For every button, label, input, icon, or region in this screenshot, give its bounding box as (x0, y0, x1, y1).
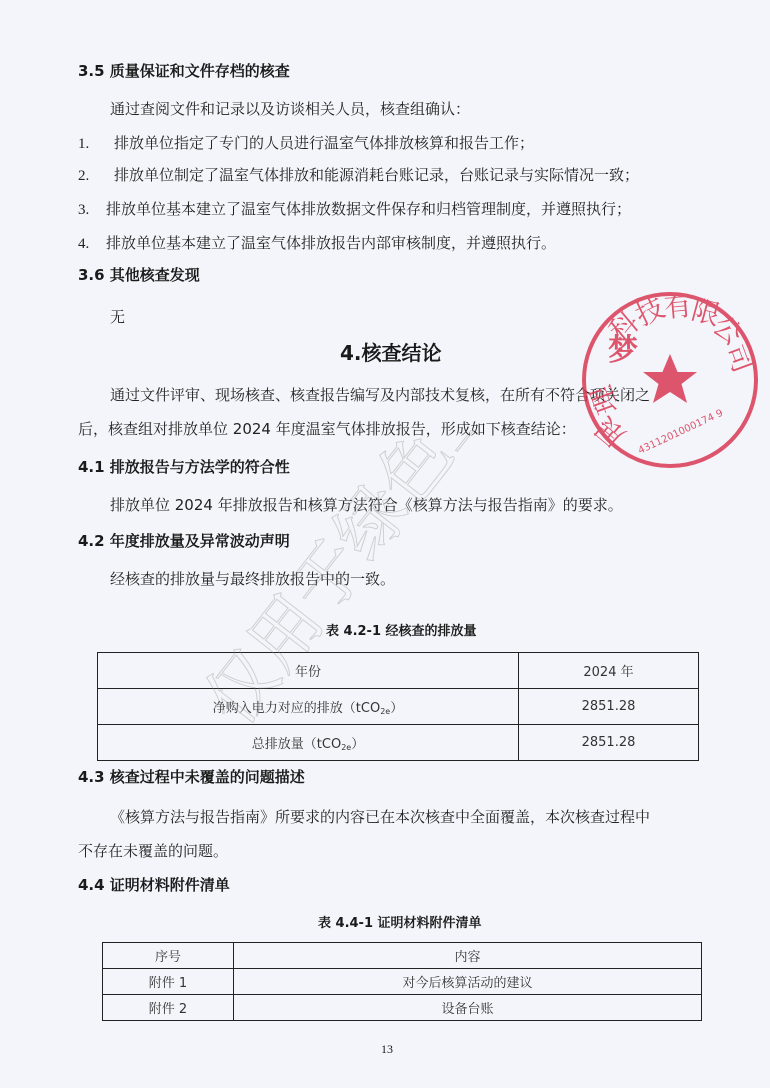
table-header-row: 年份 2024 年 (98, 653, 699, 689)
table-row: 净购入电力对应的排放（tCO2e） 2851.28 (98, 689, 699, 725)
company-seal-stamp: 梦 科 技 有 限 公 司 理 展 4311201000174 9 (555, 288, 760, 468)
table-header-row: 序号 内容 (103, 943, 702, 969)
emissions-table: 年份 2024 年 净购入电力对应的排放（tCO2e） 2851.28 总排放量… (97, 652, 699, 761)
section-heading-4-1: 4.1 排放报告与方法学的符合性 (78, 456, 290, 477)
table-cell-value: 2851.28 (519, 725, 699, 761)
table-header-cell: 2024 年 (519, 653, 699, 689)
section-heading-3-6: 3.6 其他核查发现 (78, 264, 200, 285)
chapter-heading-4: 4.核查结论 (340, 337, 442, 366)
table-cell-content: 设备台账 (234, 995, 702, 1021)
table-header-cell: 序号 (103, 943, 234, 969)
list-item: 2.排放单位制定了温室气体排放和能源消耗台账记录，台账记录与实际情况一致； (78, 164, 639, 185)
table-cell-value: 2851.28 (519, 689, 699, 725)
svg-text:有: 有 (663, 289, 694, 324)
section-4-1-body: 排放单位 2024 年排放报告和核算方法符合《核算方法与报告指南》的要求。 (110, 494, 623, 515)
table-row: 附件 1 对今后核算活动的建议 (103, 969, 702, 995)
svg-text:展: 展 (589, 410, 632, 453)
table-cell-label: 总排放量（tCO2e） (98, 725, 519, 761)
table-cell-no: 附件 1 (103, 969, 234, 995)
section-3-6-body: 无 (110, 306, 125, 327)
table-cell-content: 对今后核算活动的建议 (234, 969, 702, 995)
table-caption-4-2-1: 表 4.2-1 经核查的排放量 (326, 620, 477, 639)
list-item-number: 4. (78, 236, 106, 253)
section-4-3-line2: 不存在未覆盖的问题。 (78, 840, 228, 861)
section-4-3-line1: 《核算方法与报告指南》所要求的内容已在本次核查中全面覆盖，本次核查过程中 (110, 806, 650, 827)
section-4-2-body: 经核查的排放量与最终排放报告中的一致。 (110, 568, 395, 589)
section-heading-4-2: 4.2 年度排放量及异常波动声明 (78, 530, 290, 551)
table-caption-4-4-1: 表 4.4-1 证明材料附件清单 (318, 912, 482, 931)
table-row: 附件 2 设备台账 (103, 995, 702, 1021)
list-item: 1.排放单位指定了专门的人员进行温室气体排放核算和报告工作； (78, 132, 534, 153)
list-item-text: 排放单位基本建立了温室气体排放报告内部审核制度，并遵照执行。 (106, 234, 556, 252)
svg-text:科: 科 (603, 305, 646, 348)
svg-text:技: 技 (630, 291, 669, 333)
section-heading-3-5: 3.5 质量保证和文件存档的核查 (78, 60, 290, 81)
list-item-number: 3. (78, 202, 106, 219)
list-item: 3.排放单位基本建立了温室气体排放数据文件保存和归档管理制度，并遵照执行； (78, 198, 631, 219)
section-heading-4-3: 4.3 核查过程中未覆盖的问题描述 (78, 766, 305, 787)
table-cell-label: 净购入电力对应的排放（tCO2e） (98, 689, 519, 725)
list-item-text: 排放单位基本建立了温室气体排放数据文件保存和归档管理制度，并遵照执行； (106, 200, 631, 218)
table-cell-no: 附件 2 (103, 995, 234, 1021)
table-row: 总排放量（tCO2e） 2851.28 (98, 725, 699, 761)
section-3-5-intro: 通过查阅文件和记录以及访谈相关人员，核查组确认： (110, 98, 470, 119)
page-number: 13 (381, 1042, 393, 1057)
table-header-cell: 年份 (98, 653, 519, 689)
chapter-4-para-line2: 后，核查组对排放单位 2024 年度温室气体排放报告，形成如下核查结论： (78, 418, 576, 439)
star-icon (643, 354, 697, 403)
attachments-table: 序号 内容 附件 1 对今后核算活动的建议 附件 2 设备台账 (102, 942, 702, 1021)
list-item-number: 2. (78, 168, 106, 185)
svg-text:限: 限 (688, 293, 724, 332)
svg-text:司: 司 (719, 339, 760, 377)
table-header-cell: 内容 (234, 943, 702, 969)
list-item-text: 排放单位制定了温室气体排放和能源消耗台账记录，台账记录与实际情况一致； (114, 166, 639, 184)
svg-text:公: 公 (706, 309, 749, 352)
section-heading-4-4: 4.4 证明材料附件清单 (78, 874, 230, 895)
svg-text:4311201000174 9: 4311201000174 9 (637, 408, 725, 457)
document-page: 3.5 质量保证和文件存档的核查 通过查阅文件和记录以及访谈相关人员，核查组确认… (0, 0, 770, 1088)
chapter-4-para-line1: 通过文件评审、现场核查、核查报告编写及内部技术复核，在所有不符合项关闭之 (110, 384, 650, 405)
list-item-text: 排放单位指定了专门的人员进行温室气体排放核算和报告工作； (114, 134, 534, 152)
svg-text:梦: 梦 (608, 333, 638, 368)
list-item: 4.排放单位基本建立了温室气体排放报告内部审核制度，并遵照执行。 (78, 232, 556, 253)
list-item-number: 1. (78, 136, 106, 153)
